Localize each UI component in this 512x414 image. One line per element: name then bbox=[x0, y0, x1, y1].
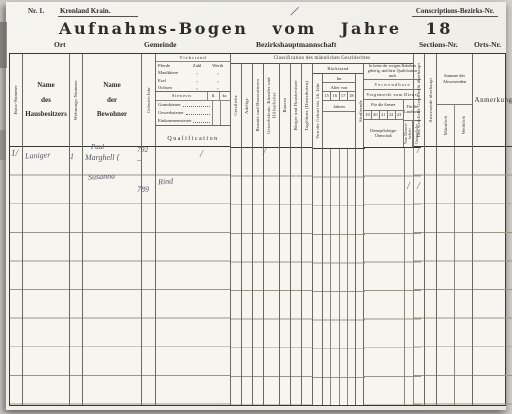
scan-edge-smudge bbox=[0, 130, 6, 160]
form-title: Aufnahms-Bogen vom Jahre 18 bbox=[6, 19, 506, 38]
census-table: Haus-Nummer NamedesHausbesitzers Wohnung… bbox=[9, 53, 506, 406]
age-cells-19-23: 1920 2122 23 bbox=[364, 111, 403, 120]
handwritten-haus-nr: 1/ bbox=[11, 148, 18, 158]
kronland-label: Kronland Krain. bbox=[58, 7, 138, 17]
handwritten-geburt-dash: – bbox=[137, 155, 141, 164]
weibliches-geschlecht-header: Das weibliche Geschlecht überhaupt bbox=[416, 63, 421, 137]
column-hausbesitzer: NamedesHausbesitzers bbox=[23, 54, 70, 405]
anmerkung-header: Anmerkung bbox=[475, 96, 512, 104]
scanned-form-sheet: Nr. 1. Kronland Krain. Conscriptions-Bez… bbox=[6, 2, 506, 410]
classification-title: Classification des männlichen Geschlecht… bbox=[231, 54, 413, 64]
column-anmerkung: Anmerkung bbox=[473, 54, 512, 405]
armee-block: Für die Armee 1920 2122 23 Dienstpflicht… bbox=[364, 100, 404, 147]
group-line1: In keine der vorigen Rubriken gehörig, u… bbox=[364, 64, 421, 80]
ueberschuss-label: Dienstpflichtiger Überschuß bbox=[364, 120, 403, 147]
rueckstand-title: Rückstand bbox=[313, 64, 363, 74]
bezirkshauptmannschaft-label: Bezirkshauptmannschaft bbox=[256, 40, 336, 49]
geistliche-header: Geistliche bbox=[233, 95, 238, 116]
handwritten-geburt-1: 792 bbox=[137, 145, 148, 154]
bewohner-cells bbox=[83, 147, 141, 405]
column-wohnungs-nummer: Wohnungs-Nummer bbox=[70, 54, 83, 405]
handwritten-bewohner-2: Marghell { bbox=[85, 153, 120, 162]
hausbesitzer-header: NamedesHausbesitzers bbox=[25, 78, 67, 122]
jahren-label: Jahren bbox=[323, 101, 355, 112]
bewohner-header: NamederBewohner bbox=[97, 78, 127, 122]
qualification-label: Qualification bbox=[156, 125, 230, 146]
handwritten-bewohner-1: Paul bbox=[91, 143, 104, 151]
column-tagloehner: Taglöhner (Dienstboten) bbox=[302, 64, 313, 405]
geburts-jahr-header: Geburts-Jahr bbox=[146, 87, 151, 113]
classification-group: Classification des männlichen Geschlecht… bbox=[231, 54, 414, 405]
beamte-header: Beamte und Honoratioren bbox=[255, 79, 260, 131]
age-cells-15-18: 1516 1718 bbox=[323, 92, 355, 101]
haus-nummer-header: Haus-Nummer bbox=[13, 85, 18, 115]
ort-label: Ort bbox=[54, 40, 66, 49]
adelige-header: Adelige bbox=[244, 98, 249, 114]
sections-nr-label: Sections-Nr. bbox=[419, 40, 458, 49]
tagloehner-header: Taglöhner (Dienstboten) bbox=[304, 81, 309, 131]
wohnungs-nummer-header: Wohnungs-Nummer bbox=[73, 80, 78, 120]
geburt-bis-14-header: Von der Geburt bis 14. Jahr bbox=[315, 83, 320, 139]
gemeinde-label: Gemeinde bbox=[144, 40, 177, 49]
befreit-header: Vom Dienste befreit bbox=[404, 121, 412, 147]
column-geburt-bis-14: Von der Geburt bis 14. Jahr bbox=[313, 74, 323, 405]
column-alter-15-18: Im Alter von 1516 1718 Jahren bbox=[323, 74, 356, 405]
column-geburts-jahr: Geburts-Jahr bbox=[142, 54, 156, 405]
column-buerger: Bürger und Hausbesitzer bbox=[291, 64, 302, 405]
conscription-district-label: Conscriptions-Bezirks-Nr. bbox=[412, 7, 498, 17]
studirende-header: Studirende bbox=[358, 100, 363, 122]
column-viehstand: Viehstand PferdeZahlWerth Maulthiere„„ E… bbox=[156, 54, 231, 405]
tally-anwesend-row2: / bbox=[417, 181, 420, 192]
column-weibliches-geschlecht: Das weibliche Geschlecht überhaupt bbox=[414, 54, 425, 405]
summe-title: Summe der Abwesenden bbox=[437, 54, 472, 105]
orts-nr-label: Orts-Nr. bbox=[474, 40, 501, 49]
wohnungs-nummer-cells bbox=[70, 147, 82, 405]
viehstand-title: Viehstand bbox=[156, 54, 230, 62]
column-bewohner: NamederBewohner bbox=[83, 54, 142, 405]
handwritten-qualification: Rind bbox=[158, 176, 174, 186]
buerger-header: Bürger und Hausbesitzer bbox=[293, 80, 298, 130]
maennlich-header: Männlich bbox=[443, 116, 448, 135]
conscription-group: In keine der vorigen Rubriken gehörig, u… bbox=[364, 64, 421, 405]
alter-von-label: Alter von bbox=[323, 83, 355, 92]
column-anwesende: Anwesende überhaupt bbox=[425, 54, 437, 405]
armee-label: Für die Armee bbox=[364, 100, 403, 111]
haus-nummer-cells bbox=[10, 147, 22, 405]
handwritten-vieh-mark: / bbox=[200, 149, 203, 160]
column-adelige: Adelige bbox=[242, 64, 253, 405]
location-header-row: Ort Gemeinde Bezirkshauptmannschaft Sect… bbox=[6, 40, 506, 52]
tally-classification-row1: / bbox=[263, 147, 266, 158]
column-geistliche: Geistliche bbox=[231, 64, 242, 405]
handwritten-geburt-2: 789 bbox=[137, 185, 149, 194]
tally-weiblich-row2: / bbox=[407, 181, 410, 192]
handwritten-besitzer: Laniger bbox=[25, 150, 51, 160]
im-label: Im bbox=[323, 74, 355, 83]
steuern-box: Steuernfl.kr. Grundsteuer Gewerbsteuer E… bbox=[156, 91, 230, 126]
handwritten-bewohner-3: Susanna bbox=[88, 171, 116, 181]
column-gewerbsleute: Gewerbsleute, Künstler und Hilfsarbeiter bbox=[264, 64, 280, 405]
weiblich-header: Weiblich bbox=[461, 116, 466, 134]
group-line2: Verwendbare bbox=[364, 80, 421, 89]
tally-anwesend-row1: / bbox=[417, 145, 420, 156]
handwritten-wohnung: 1 bbox=[70, 152, 74, 161]
hausbesitzer-cells bbox=[23, 147, 69, 405]
bauern-header: Bauern bbox=[282, 98, 287, 112]
viehstand-box: Viehstand PferdeZahlWerth Maulthiere„„ E… bbox=[156, 54, 230, 146]
anwesende-header: Anwesende überhaupt bbox=[428, 78, 433, 123]
group-line3: Vorgemerkt zum Dienst bbox=[364, 90, 421, 100]
column-summe-abwesende: Summe der Abwesenden Männlich Weiblich bbox=[437, 54, 473, 405]
column-haus-nummer: Haus-Nummer bbox=[10, 54, 23, 405]
column-beamte: Beamte und Honoratioren bbox=[253, 64, 264, 405]
gewerbsleute-header: Gewerbsleute, Künstler und Hilfsarbeiter bbox=[266, 64, 277, 147]
form-number-label: Nr. 1. bbox=[28, 7, 44, 15]
rueckstand-group: Rückstand Von der Geburt bis 14. Jahr Im… bbox=[313, 64, 364, 405]
column-bauern: Bauern bbox=[280, 64, 291, 405]
